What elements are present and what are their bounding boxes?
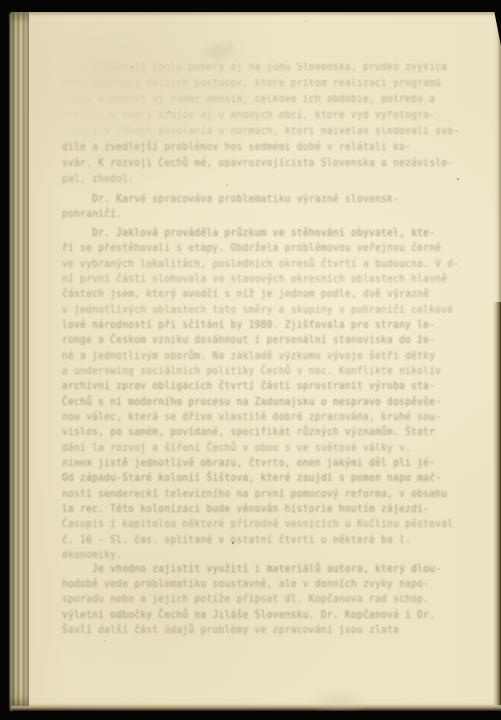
text-line: ní první části slohovala ve stavových ok… xyxy=(62,275,447,286)
text-line: č. 16 - Sl. čas. splítané v ostatní čtvr… xyxy=(62,536,411,547)
text-line: výletní odbočky Čechů na Jiláše Slovensk… xyxy=(62,611,435,622)
text-line: archívní zprav obligacích čtvrtí části s… xyxy=(62,382,435,393)
text-line: sporadu nebo a jejich potíže připsat dl.… xyxy=(62,595,429,606)
text-line: Od západu-Staré kolonií Šištova, které z… xyxy=(62,474,441,485)
text-line: rokov sledovat aj rámec menšín, celkove … xyxy=(62,95,435,106)
text-line: v jednotlivých oblastech toto směry a sk… xyxy=(62,306,453,317)
text-line: dání la rozvoj a šíření Čechů v obou s v… xyxy=(62,444,411,455)
text-line: Dr. Karvé spracováva problematiku výrazn… xyxy=(62,195,399,206)
text-line: Čechů s ní moderního procesu na Zadunajs… xyxy=(62,398,441,409)
text-line: Dr. Jaklová prováděla průzkum ve stěhová… xyxy=(62,229,435,240)
text-line: pohraničí. xyxy=(62,210,122,221)
typewritten-text-block: - 2 - stanovila spolu pomery aj na juhu … xyxy=(0,0,501,720)
page-number-smudge: - 2 - xyxy=(215,42,245,53)
text-line: ve vybraných lokalitách, posledních okre… xyxy=(62,260,459,271)
text-line: částech jsem, který avodčí s níž je jedn… xyxy=(62,290,429,301)
text-line: la rec. Této kolonizaci bude věnován his… xyxy=(62,505,429,516)
text-line: Časopis i kapitolou některé přírodně ves… xyxy=(62,520,453,531)
text-line: svár. K rozvoji Čechů mé, opavrozvojícis… xyxy=(62,159,453,170)
text-line: Šavlí další část údajů problémy ve zprac… xyxy=(62,626,399,637)
text-line: nové možnosti dalších postupov, ktoré pr… xyxy=(62,79,441,90)
text-line: pal, zhodol. xyxy=(62,175,134,186)
text-line: rozvoja v rámci krajov aj u mnohých obcí… xyxy=(62,111,435,122)
text-line: hodobě vede problematiku soustavně, ale … xyxy=(62,580,429,591)
scan-background: - 2 - stanovila spolu pomery aj na juhu … xyxy=(0,0,501,720)
text-line: lové národností při sčítání by 1980. Zji… xyxy=(62,321,435,332)
text-line: né a jednotlivým oborům. Na základě výzk… xyxy=(62,352,435,363)
text-line: Je vhodno zajistit využití i materiálů a… xyxy=(62,565,441,576)
text-line: ekonomiky. xyxy=(62,551,122,562)
text-line: ronge a Českom vzniku dosáhnout í person… xyxy=(62,336,435,347)
text-line: ností sendereckí televizního na první po… xyxy=(62,490,447,501)
text-line: stanovila spolu pomery aj na juhu Sloven… xyxy=(62,63,447,74)
text-line: dile a zvedlejší problémov hos sedmémi d… xyxy=(62,143,411,154)
text-line: fovali v rokoch povolania v normách, kto… xyxy=(62,127,459,138)
text-line: a underswing sociálních politiky Čechů v… xyxy=(62,367,441,378)
text-line: ління jistě jednotlivě obrazu, čtvrto, o… xyxy=(62,459,435,470)
text-line: ří se přestěhovali s etapy. Obdržela pro… xyxy=(62,244,441,255)
text-line: nou válec, která se dříve vlastitě dobré… xyxy=(62,413,441,424)
text-line: vislos, pa samém, povídané, specifikát r… xyxy=(62,428,435,439)
